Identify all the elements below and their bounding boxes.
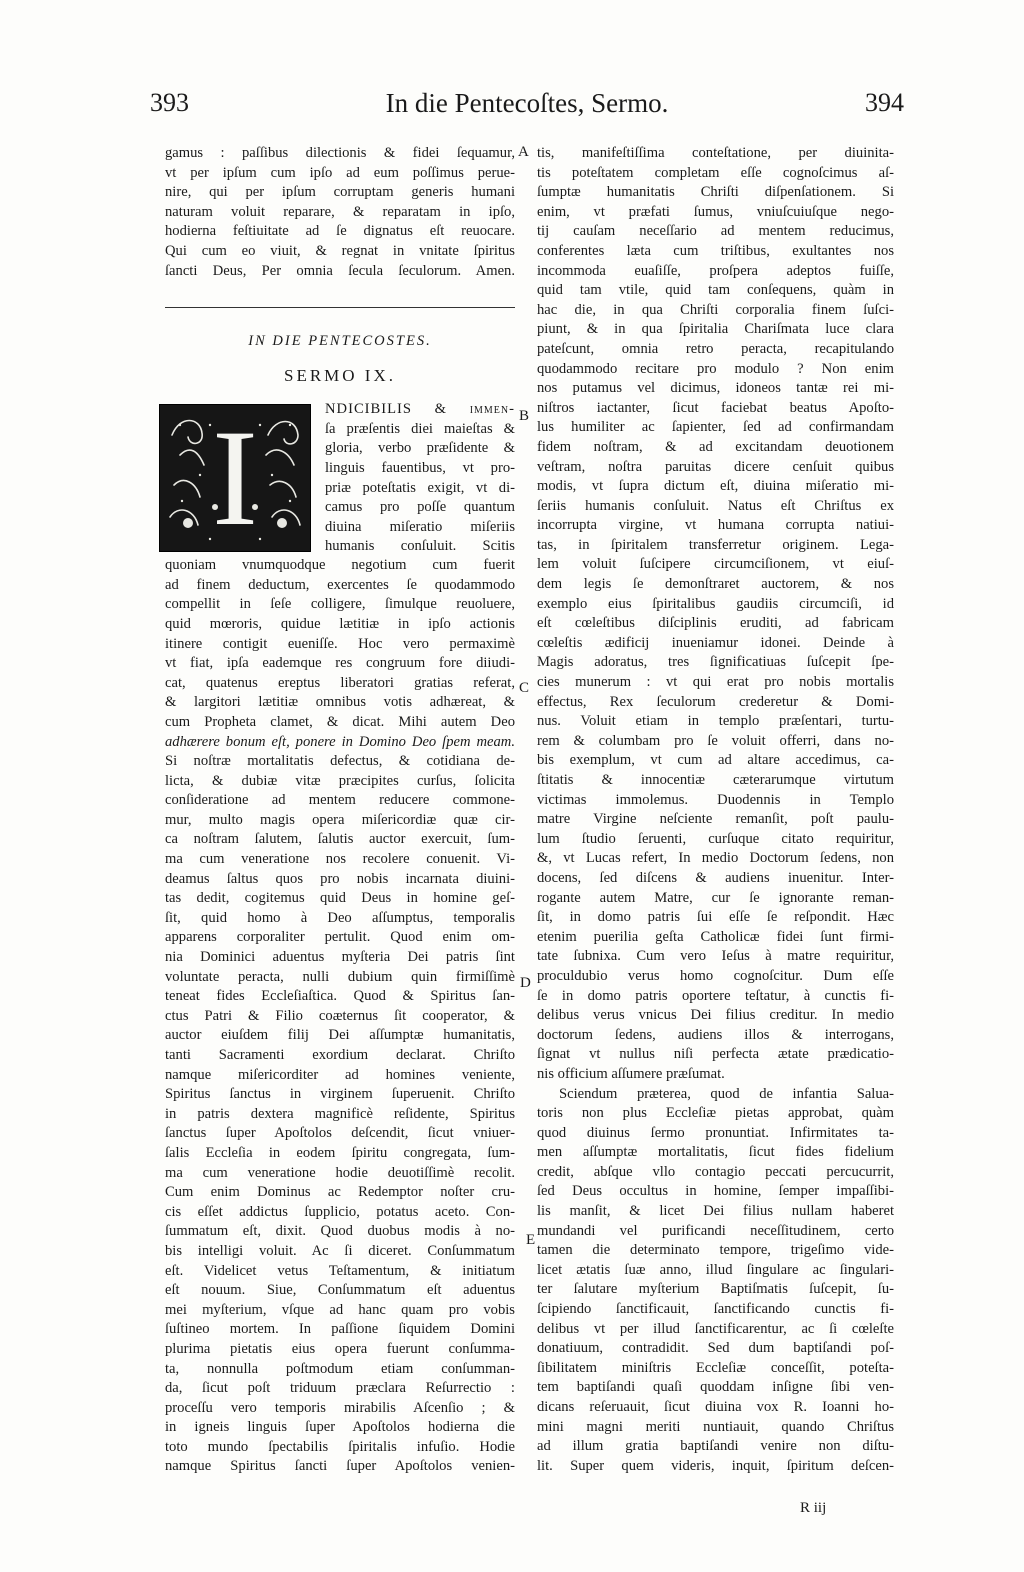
text-line: priæ poteſtatis exigit, vt di- [325, 479, 515, 499]
text-line: exemplo eius ſpiritalibus gaudiis circum… [537, 595, 894, 615]
text-line: ſcipiendo ſanctificauit, ſanctificando c… [537, 1300, 894, 1320]
text-line: eſt nouum. Siue, Conſummatum eſt aduentu… [165, 1281, 515, 1301]
text-line: humanis conſuluit. Scitis [325, 537, 515, 557]
text-line: hac die, in qua Chriſti corporalia finem… [537, 301, 894, 321]
text-line: tis, manifeſtiſſima conteſtatione, per d… [537, 144, 894, 164]
text-line: deamus ſaltus quos pro nobis incarnata d… [165, 870, 515, 890]
text-line: piunt, & in qua ſpiritalia Chariſmata lu… [537, 320, 894, 340]
text-line: quodammodo recitare pro modulo ? Non eni… [537, 360, 894, 380]
text-line: donatiuum, contradidit. Sed dum baptiſan… [537, 1339, 894, 1359]
text-line: conferentes læta cum triſtibus, exultant… [537, 242, 894, 262]
text-line: proculdubio verus homo cognoſcitur. Dum … [537, 967, 894, 987]
text-line: etenim puerilia geſta Catholicæ fidei ſu… [537, 928, 894, 948]
text-line: dem legis ſe demonſtraret auctorem, & no… [537, 575, 894, 595]
text-line: tas dedit, cogitemus quid Deus in homine… [165, 889, 515, 909]
text-line: lit. Super quem videris, inquit, ſpiritu… [537, 1457, 894, 1477]
text-line: quod diuinus ſermo pronuntiat. Infirmita… [537, 1124, 894, 1144]
text-line: ma cum veneratione hodie deuotiſſimè rec… [165, 1164, 515, 1184]
text-line: doctorum ſedens, audiens illos & interro… [537, 1026, 894, 1046]
text-line: lem voluit ſuſcipere circumciſionem, vt … [537, 555, 894, 575]
text-line: tas, in ſpiritalem transferretur origine… [537, 536, 894, 556]
text-line: Magis adoratus, tres ſignificatiuas ſuſc… [537, 653, 894, 673]
opening-paragraph: I NDICIBILIS & immen- ſa præſentis diei … [165, 400, 515, 556]
text-line: proceſſu vero temporis mirabilis Aſcenſi… [165, 1399, 515, 1419]
text-line: nos putamus vel dicimus, idoneos tantæ r… [537, 379, 894, 399]
text-line: tanti Sacramenti exordium declarat. Chri… [165, 1046, 515, 1066]
text-line: voluntate peracta, nulli dubium quin fir… [165, 968, 515, 988]
text-line: matre Virgine neſciente remanſit, poſt p… [537, 810, 894, 830]
text-line: ſeriis humanis conſuluit. Natus eſt Chri… [537, 497, 894, 517]
text-line: ca noſtram ſalutem, ſalutis auctor exerc… [165, 830, 515, 850]
text-line: quid mœroris, quidue lætitiæ in ipſo act… [165, 615, 515, 635]
text-line: &, vt Lucas refert, In medio Doctorum ſe… [537, 849, 894, 869]
text-line: NDICIBILIS & immen- [325, 400, 515, 420]
text-line: apparens corporaliter pertulit. Quod eni… [165, 928, 515, 948]
text-line: delibus vt per illud ſanctificarentur, a… [537, 1320, 894, 1340]
text-line: ſit, quid homo à Deo aſſumptus, temporal… [165, 909, 515, 929]
text-line: diuina miſeratio miſeriis [325, 518, 515, 538]
text-line: licta, & dubiæ vitæ præcipites curſus, ſ… [165, 772, 515, 792]
text-line: da, ſicut poſt triduum præclara Reſurrec… [165, 1379, 515, 1399]
text-line: camus pro poſſe quantum [325, 498, 515, 518]
text-line: Spiritus ſanctus in virginem ſuperuenit.… [165, 1085, 515, 1105]
text-line: teneat fides Eccleſiaſtica. Quod & Spiri… [165, 987, 515, 1007]
text-line: Sciendum præterea, quod de infantia Salu… [537, 1085, 894, 1105]
text-line: ſed Deus occultus in homine, ſemper impa… [537, 1182, 894, 1202]
text-line: mini magni meriti nuntiauit, quando Chri… [537, 1418, 894, 1438]
decorated-initial: I [159, 404, 311, 552]
text-line: ta, nonnulla poſtmodum etiam conſumman- [165, 1360, 515, 1380]
page-number-right: 394 [865, 88, 904, 118]
margin-letter-e: E [526, 1232, 535, 1249]
text-line: lis manſit, & licet Dei filius nullam ha… [537, 1202, 894, 1222]
text-line: mundandi vel purificandi neceſſitudinem,… [537, 1222, 894, 1242]
text-line: ma cum veneratione nos recolere conuenit… [165, 850, 515, 870]
right-column: tis, manifeſtiſſima conteſtatione, per d… [537, 144, 894, 1476]
text-line: nia Dominici aduentus myſteria Dei patri… [165, 948, 515, 968]
text-line: tate ſubnixa. Cum vero Ieſus à matre req… [537, 947, 894, 967]
text-line: auctor eiuſdem filij Dei aſſumptæ humani… [165, 1026, 515, 1046]
text-line: vt per ipſum cum ipſo ad eum poſſimus pe… [165, 164, 515, 184]
running-title: In die Pentecoſtes, Sermo. [150, 88, 904, 119]
text-line: ſibilitatem miniſtris Eccleſiæ conceſſit… [537, 1359, 894, 1379]
left-column: gamus : paſſibus dilectionis & fidei ſeq… [165, 144, 515, 1477]
text-line: mei myſterium, vſque ad hanc quam pro vo… [165, 1301, 515, 1321]
margin-letter-b: B [519, 408, 529, 425]
text-line: ad illum gratia baptiſandi venire non di… [537, 1437, 894, 1457]
text-line: adhærere bonum eſt, ponere in Domino Deo… [165, 733, 515, 753]
text-line: namque Spiritus ſancti ſuper Apoſtolos v… [165, 1457, 515, 1477]
text-line: ſe in domo patris oportere teſtatur, à c… [537, 987, 894, 1007]
text-line: nus. Voluit etiam in templo præſentari, … [537, 712, 894, 732]
text-line: itinere contigit eueniſſe. Hoc vero perm… [165, 635, 515, 655]
text-line: niſtros iactanter, ſicut faciebat beatus… [537, 399, 894, 419]
text-line: ſumptæ humanitatis Chriſti diſpenſatione… [537, 183, 894, 203]
text-line: victimas immolemus. Duodennis in Templo [537, 791, 894, 811]
text-line: eſt. Videlicet vetus Teſtamentum, & init… [165, 1262, 515, 1282]
floral-ornament-icon [160, 405, 310, 551]
text-line: ſa præſentis diei maieſtas & [325, 420, 515, 440]
text-line: in patris dextera magnificè reſidente, S… [165, 1105, 515, 1125]
text-line: ſummatum eſt, dixit. Quod duobus modis à… [165, 1222, 515, 1242]
margin-letter-d: D [520, 975, 531, 992]
text-line: docens, ſed diſcens & audiens inuenitur.… [537, 869, 894, 889]
text-line: cat, quatenus ereptus liberatori gratias… [165, 674, 515, 694]
text-line: plurima pietatis eius opera fuerunt conſ… [165, 1340, 515, 1360]
text-line: fidem noſtram, & ad excitandam deuotione… [537, 438, 894, 458]
sermon-body: quoniam vnumquodque negotium cum fuerita… [165, 556, 515, 1477]
text-line: eſt cœleſtibus diſciplinis eruditi, ad f… [537, 614, 894, 634]
text-line: nis officium aſſumere præſumat. [537, 1065, 894, 1085]
text-line: cis eſſet addictus ſupplicio, potatus ac… [165, 1203, 515, 1223]
initial-side-text: NDICIBILIS & immen- ſa præſentis diei ma… [325, 400, 515, 557]
text-line: incommoda euaſiſſe, proſpera adeptos fui… [537, 262, 894, 282]
text-line: quoniam vnumquodque negotium cum fuerit [165, 556, 515, 576]
text-line: in igneis linguis ſuper Apoſtolos hodier… [165, 1418, 515, 1438]
text-line: delibus verus vnicus Dei filius creditur… [537, 1006, 894, 1026]
text-line: ſanctus ſuper Apoſtolos deſcendit, ſicut… [165, 1124, 515, 1144]
text-line: nire, qui per ipſum corruptam generis hu… [165, 183, 515, 203]
text-line: effectus, Rex ſeculorum crederetur & Dom… [537, 693, 894, 713]
section-divider [165, 307, 515, 308]
sermon-title: SERMO IX. [165, 366, 515, 388]
text-line: gamus : paſſibus dilectionis & fidei ſeq… [165, 144, 515, 164]
text-line: & largitori lætitiæ omnibus votis adhære… [165, 693, 515, 713]
text-line: vt fiat, ipſa eademque res congruum fore… [165, 654, 515, 674]
text-line: lum ſtudio ſeruenti, curſuque citato req… [537, 830, 894, 850]
text-line: rogante autem Matre, cur ſe ignorante re… [537, 889, 894, 909]
text-line: tem baptiſandi quaſi quoddam inſigne ſib… [537, 1378, 894, 1398]
text-line: modis, vt ſupra dictum eſt, diuina miſer… [537, 477, 894, 497]
text-line: veſtram, noſtra paruitas dicere cenſuit … [537, 458, 894, 478]
text-line: quid tam vtile, quid tam conſequens, quà… [537, 281, 894, 301]
text-line: pateſcunt, omnia retro peracta, recapitu… [537, 340, 894, 360]
text-line: compellit in ſeſe colligere, ſimulque re… [165, 595, 515, 615]
text-line: toto mundo ſpectabilis ſpiritalis infuſi… [165, 1438, 515, 1458]
text-line: men aſſumptæ mortalitatis, ſicut fides f… [537, 1143, 894, 1163]
text-line: incorrupta virgine, vt humana corrupta n… [537, 516, 894, 536]
text-line: linguis fauentibus, vt pro- [325, 459, 515, 479]
text-line: ter ſalutare myſterium Baptiſmatis ſuſce… [537, 1280, 894, 1300]
signature-mark: R iij [800, 1500, 826, 1517]
text-line: ſuſtineo mortem. In paſſione ſiquidem Do… [165, 1320, 515, 1340]
text-line: tis poteſtatem completam eſſe cognoſcimu… [537, 164, 894, 184]
text-line: lus humiliter ac ſapienter, ſed ad confi… [537, 418, 894, 438]
text-line: ſancti Deus, Per omnia ſecula ſeculorum.… [165, 262, 515, 282]
section-title: IN DIE PENTECOSTES. [165, 332, 515, 352]
text-line: ad finem deductum, exercentes ſe quodamm… [165, 576, 515, 596]
text-line: ſtitatis & innocentiæ cæterarumque virtu… [537, 771, 894, 791]
text-line: tamen die determinato tempore, trigeſimo… [537, 1241, 894, 1261]
text-line: rem & columbam pro ſe voluit offerri, da… [537, 732, 894, 752]
text-line: naturam voluit reparare, & reparatam in … [165, 203, 515, 223]
text-line: licet ætatis ſuæ anno, illud ſingulare a… [537, 1261, 894, 1281]
text-line: gloria, verbo præſidente & [325, 439, 515, 459]
text-line: bis exemplum, vt cum ad altare accedimus… [537, 751, 894, 771]
text-line: tij cauſam neceſſario ad mentem reducimu… [537, 222, 894, 242]
margin-letter-a: A [518, 144, 529, 161]
text-line: ſit, in domo patris ſui eſſe ſe reſpondi… [537, 908, 894, 928]
text-line: hodierna feſtiuitate ad ſe dignatus eſt … [165, 222, 515, 242]
text-line: cies munerum : vt qui erat pro nobis mor… [537, 673, 894, 693]
text-line: namque miſericorditer ad homines venient… [165, 1066, 515, 1086]
text-line: Cum enim Dominus ac Redemptor noſter cru… [165, 1183, 515, 1203]
page-header: 393 In die Pentecoſtes, Sermo. 394 [150, 88, 904, 128]
text-line: Qui cum eo viuit, & regnat in vnitate ſp… [165, 242, 515, 262]
text-line: ſalis Eccleſia in eodem ſpiritu congrega… [165, 1144, 515, 1164]
text-line: cum Propheta clamet, & dicat. Mihi autem… [165, 713, 515, 733]
margin-letter-c: C [519, 680, 529, 697]
text-line: ctus Patri & Filio coæternus ſit coopera… [165, 1007, 515, 1027]
text-line: credit, abſque vllo contagio peccati per… [537, 1163, 894, 1183]
text-line: toris non plus Eccleſiæ pietas approbat,… [537, 1104, 894, 1124]
text-line: conſideratione ad mentem reducere common… [165, 791, 515, 811]
text-line: mur, multo magis opera miſericordiæ quæ … [165, 811, 515, 831]
text-line: ſignat vt nullus niſi perfecta ætate præ… [537, 1045, 894, 1065]
text-line: cœleſtis ædificij inueniamur idonei. Dei… [537, 634, 894, 654]
text-line: enim, vt præfati ſumus, vniuſcuiuſque ne… [537, 203, 894, 223]
text-line: Si noſtræ mortalitatis defectus, & cotid… [165, 752, 515, 772]
previous-sermon-ending: gamus : paſſibus dilectionis & fidei ſeq… [165, 144, 515, 281]
text-line: dicans reſeruauit, ſicut diuina vox R. I… [537, 1398, 894, 1418]
text-line: bis intelligi voluit. Ac ſi diceret. Con… [165, 1242, 515, 1262]
